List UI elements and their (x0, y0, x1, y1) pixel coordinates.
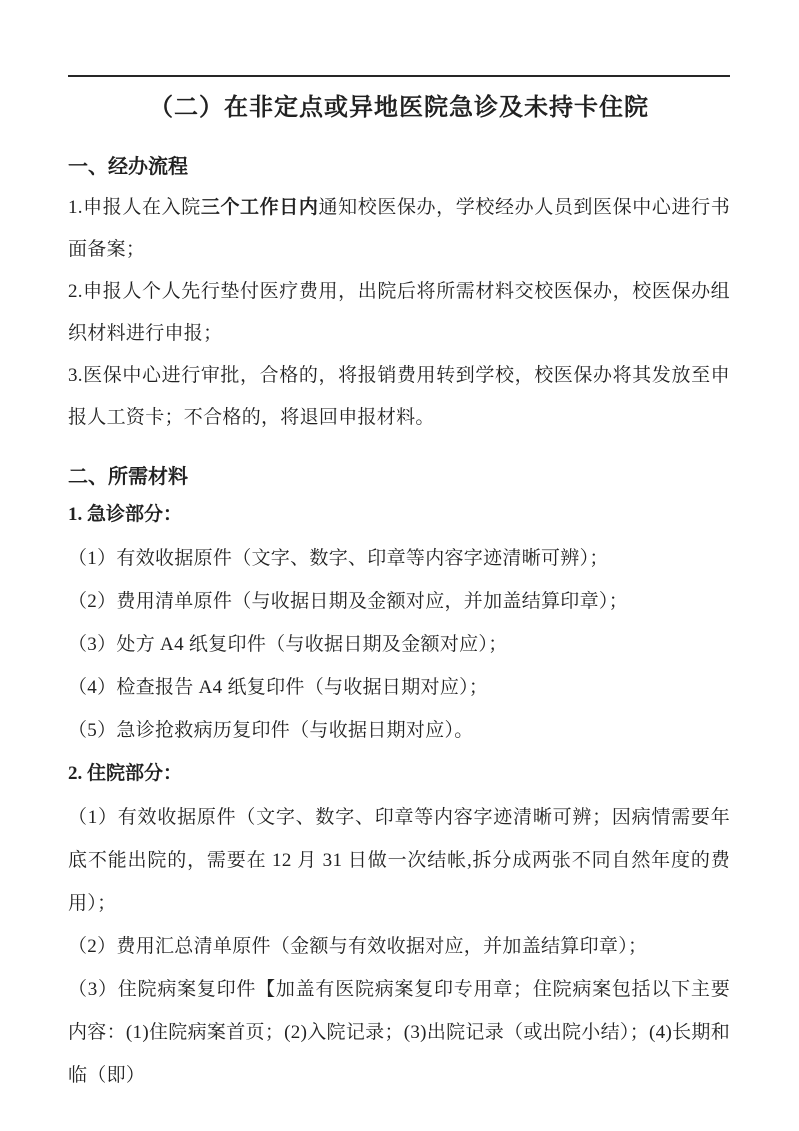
document-title: （二）在非定点或异地医院急诊及未持卡住院 (68, 91, 730, 125)
header-rule (68, 75, 730, 77)
emergency-item-4: （4）检查报告 A4 纸复印件（与收据日期对应）； (68, 666, 730, 709)
paragraph-process-step-1: 1.申报人在入院三个工作日内通知校医保办，学校经办人员到医保中心进行书面备案； (68, 187, 730, 271)
section-heading-process: 一、经办流程 (68, 153, 730, 181)
paragraph-process-step-2: 2.申报人个人先行垫付医疗费用，出院后将所需材料交校医保办，校医保办组织材料进行… (68, 271, 730, 355)
step-1-text-pre: 1.申报人在入院 (68, 197, 201, 218)
document-page: （二）在非定点或异地医院急诊及未持卡住院 一、经办流程 1.申报人在入院三个工作… (0, 0, 799, 1131)
emergency-item-3: （3）处方 A4 纸复印件（与收据日期及金额对应）； (68, 623, 730, 666)
subsection-heading-emergency: 1. 急诊部分： (68, 493, 730, 537)
emergency-item-1: （1）有效收据原件（文字、数字、印章等内容字迹清晰可辨）； (68, 537, 730, 580)
hospitalization-item-3: （3）住院病案复印件【加盖有医院病案复印专用章；住院病案包括以下主要内容：(1)… (68, 968, 730, 1097)
paragraph-process-step-3: 3.医保中心进行审批，合格的，将报销费用转到学校，校医保办将其发放至申报人工资卡… (68, 355, 730, 439)
subsection-heading-hospitalization: 2. 住院部分： (68, 752, 730, 796)
hospitalization-item-2: （2）费用汇总清单原件（金额与有效收据对应，并加盖结算印章）； (68, 925, 730, 968)
emergency-item-5: （5）急诊抢救病历复印件（与收据日期对应）。 (68, 709, 730, 752)
emergency-item-2: （2）费用清单原件（与收据日期及金额对应，并加盖结算印章）； (68, 580, 730, 623)
hospitalization-item-1: （1）有效收据原件（文字、数字、印章等内容字迹清晰可辨；因病情需要年底不能出院的… (68, 796, 730, 925)
section-heading-materials: 二、所需材料 (68, 463, 730, 491)
step-1-text-bold: 三个工作日内 (201, 197, 319, 218)
